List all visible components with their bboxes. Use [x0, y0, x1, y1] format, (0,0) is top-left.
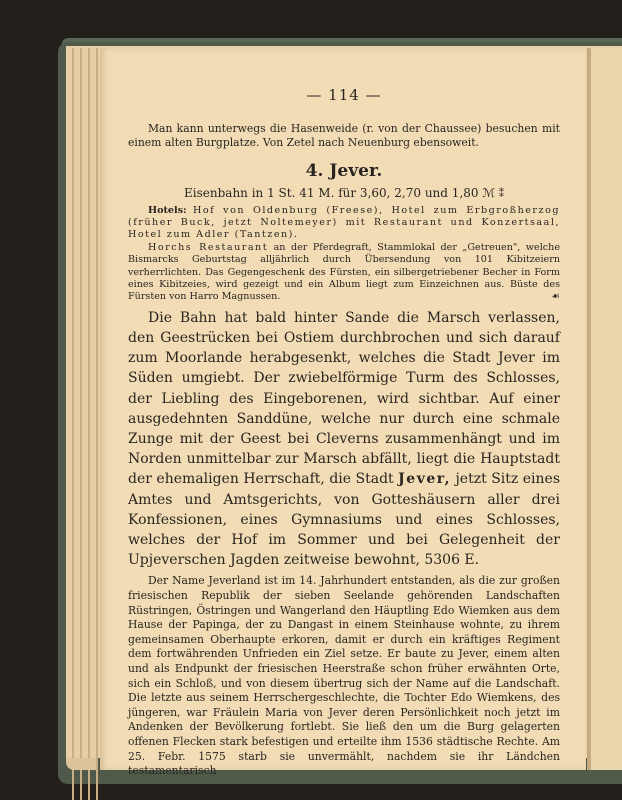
railway-info: Eisenbahn in 1 St. 41 M. für 3,60, 2,70 …: [128, 185, 560, 203]
page-number: — 114 —: [128, 86, 560, 104]
page-content: — 114 — Man kann unterwegs die Hasenweid…: [128, 86, 560, 779]
history-paragraph: Der Name Jeverland ist im 14. Jahrhunder…: [128, 574, 560, 778]
fleuron-icon: ☙: [531, 291, 560, 303]
intro-paragraph: Man kann unterwegs die Hasenweide (r. vo…: [128, 122, 560, 151]
page-stack-bottom: [66, 758, 96, 770]
facing-page-edge: [587, 48, 622, 770]
horch-name: Horchs Restaurant: [148, 242, 268, 253]
page-edge-line: [72, 48, 74, 800]
railway-line: Eisenbahn in 1 St. 41 M. für 3,60, 2,70 …: [184, 186, 495, 200]
page-edge-line: [88, 48, 90, 800]
page-edge-line: [96, 48, 98, 800]
horch-paragraph: Horchs Restaurant an der Pferdegraft, St…: [128, 242, 560, 304]
page-edge-line: [80, 48, 82, 800]
hotels-paragraph: Hotels: Hof von Oldenburg (Freese), Hote…: [128, 205, 560, 242]
table-symbol-icon: ⁑: [499, 189, 504, 200]
town-name-jever: Jever,: [398, 471, 451, 487]
main-paragraph-before: Die Bahn hat bald hinter Sande die Marsc…: [128, 310, 560, 488]
section-heading: 4. Jever.: [128, 161, 560, 181]
hotels-label: Hotels:: [148, 205, 187, 216]
hotels-text: Hof von Oldenburg (Freese), Hotel zum Er…: [128, 205, 560, 241]
main-paragraph: Die Bahn hat bald hinter Sande die Marsc…: [128, 308, 560, 571]
